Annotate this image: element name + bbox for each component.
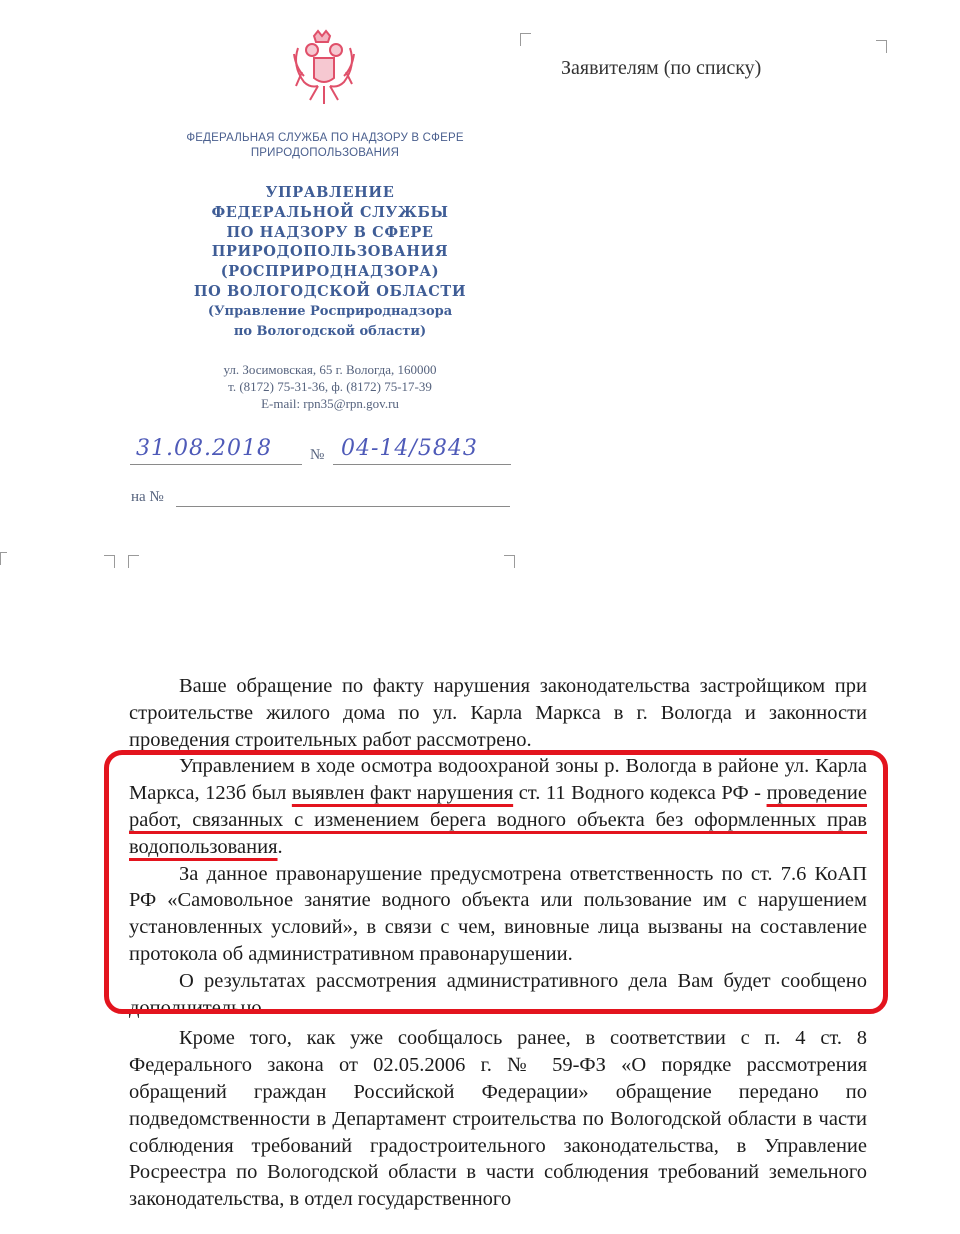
department-line: ФЕДЕРАЛЬНОЙ СЛУЖБЫ <box>180 203 480 223</box>
corner-mark <box>104 555 115 568</box>
department-line: ПО ВОЛОГОДСКОЙ ОБЛАСТИ <box>180 282 480 302</box>
date-value: 31.08.2018 <box>136 436 272 461</box>
reply-to-label: на № <box>131 489 164 506</box>
corner-mark <box>520 33 531 46</box>
federal-service-line-2: ПРИРОДОПОЛЬЗОВАНИЯ <box>170 146 480 161</box>
corner-mark <box>876 40 887 53</box>
corner-mark <box>0 552 7 565</box>
reply-to-field <box>176 490 510 507</box>
number-label: № <box>310 447 324 464</box>
address: ул. Зосимовская, 65 г. Вологда, 160000 <box>180 361 480 378</box>
department-short-line: (Управление Росприроднадзора <box>180 302 480 322</box>
email: E-mail: rpn35@rpn.gov.ru <box>180 395 480 412</box>
number-value: 04-14/5843 <box>341 436 478 461</box>
paragraph-5: Кроме того, как уже сообщалось ранее, в … <box>129 1025 867 1213</box>
corner-mark <box>504 555 515 568</box>
department-short-line: по Вологодской области) <box>180 322 480 342</box>
department-short-name: (Управление Росприроднадзора по Вологодс… <box>180 302 480 341</box>
date-field: 31.08.2018 <box>130 438 302 465</box>
phones: т. (8172) 75-31-36, ф. (8172) 75-17-39 <box>180 378 480 395</box>
corner-mark <box>128 555 139 568</box>
department-name: УПРАВЛЕНИЕ ФЕДЕРАЛЬНОЙ СЛУЖБЫ ПО НАДЗОРУ… <box>180 183 480 302</box>
federal-service-line-1: ФЕДЕРАЛЬНАЯ СЛУЖБА ПО НАДЗОРУ В СФЕРЕ <box>170 131 480 146</box>
department-line: УПРАВЛЕНИЕ <box>180 183 480 203</box>
contact-info: ул. Зосимовская, 65 г. Вологда, 160000 т… <box>180 361 480 412</box>
number-field: 04-14/5843 <box>333 438 511 465</box>
department-line: ПО НАДЗОРУ В СФЕРЕ <box>180 223 480 243</box>
paragraph-1: Ваше обращение по факту нарушения законо… <box>129 673 867 753</box>
department-line: ПРИРОДОПОЛЬЗОВАНИЯ <box>180 242 480 262</box>
russian-eagle-emblem-icon <box>288 28 360 110</box>
addressee: Заявителям (по списку) <box>561 57 761 80</box>
department-line: (РОСПРИРОДНАДЗОРА) <box>180 262 480 282</box>
highlight-box <box>104 750 888 1014</box>
federal-service-name: ФЕДЕРАЛЬНАЯ СЛУЖБА ПО НАДЗОРУ В СФЕРЕ ПР… <box>170 131 480 161</box>
